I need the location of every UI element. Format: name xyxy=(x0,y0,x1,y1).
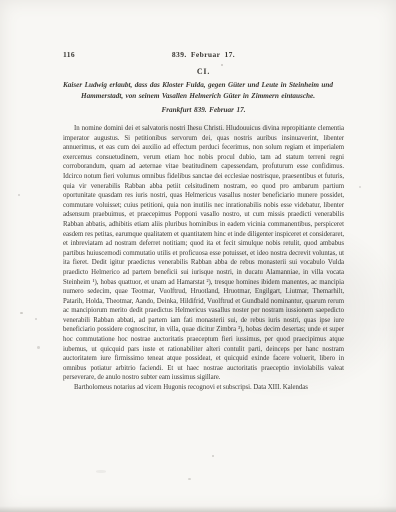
charter-number-heading: CI. xyxy=(63,67,344,76)
charter-text: In nomine domini dei et salvatoris nostr… xyxy=(63,124,344,393)
page-header: 116 839. Februar 17. xyxy=(63,50,344,60)
book-page: 116 839. Februar 17. CI. Kaiser Ludwig e… xyxy=(0,0,396,512)
scan-speck xyxy=(20,312,23,314)
charter-dateline: Frankfurt 839. Februar 17. xyxy=(63,106,344,114)
charter-regest: Kaiser Ludwig erlaubt, dass das Kloster … xyxy=(45,80,351,103)
scan-speck xyxy=(96,470,106,473)
scan-speck xyxy=(359,186,361,188)
running-head: 839. Februar 17. xyxy=(63,50,344,59)
charter-body-paragraph: In nomine domini dei et salvatoris nostr… xyxy=(63,124,344,383)
scan-speck xyxy=(37,346,40,349)
scan-speck xyxy=(212,455,214,457)
scan-speck xyxy=(221,64,223,66)
charter-subscription: Bartholomeus notarius ad vicem Hugonis r… xyxy=(63,383,344,393)
scan-speck xyxy=(35,318,37,320)
scan-bottom-edge xyxy=(0,506,396,512)
scan-speck xyxy=(18,194,20,196)
scan-speck xyxy=(188,478,191,480)
